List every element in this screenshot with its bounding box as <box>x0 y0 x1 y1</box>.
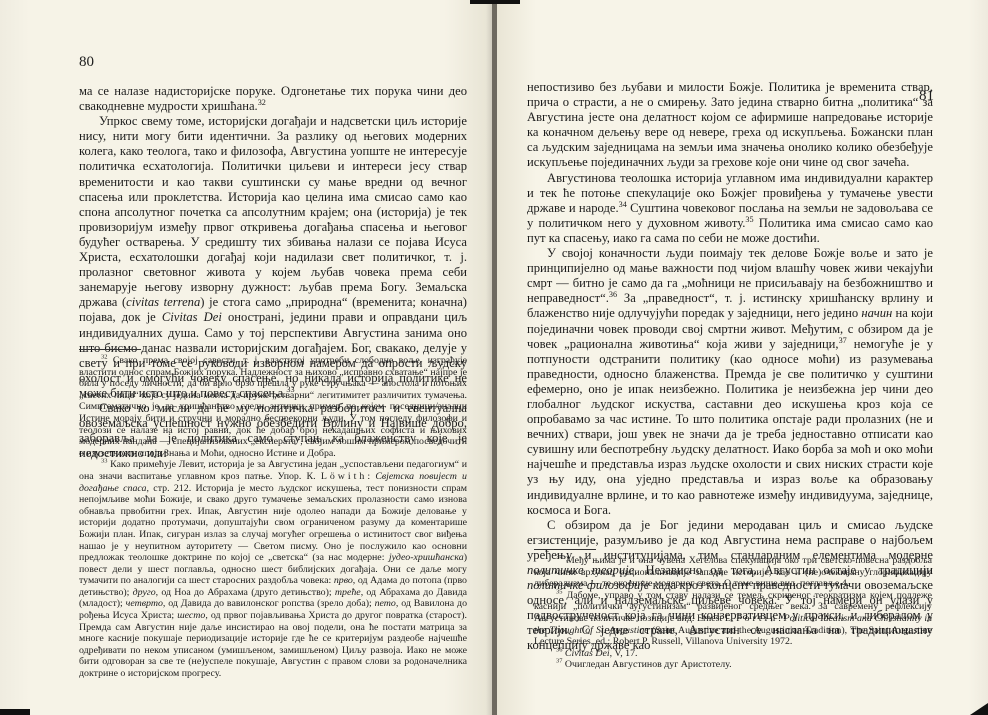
footnotes: 32 Свако према својој савести, т. ј. вла… <box>79 355 467 680</box>
footnote: 35 Дабоме, управо у том ставу налази се … <box>534 590 932 648</box>
left-page: 80 ма се налазе надисторијске поруке. Од… <box>0 0 494 715</box>
paragraph: ма се налазе надисторијске поруке. Одгон… <box>79 84 467 114</box>
footnote: 33 Како примећује Левит, историја је за … <box>79 459 467 679</box>
paragraph: Августинова теолошка историја углавном и… <box>527 171 933 246</box>
footnote: 34 Међу њима је и она чувена Хегелова сп… <box>534 555 932 590</box>
footnote: 36 Civitas Dei, V, 17. <box>534 648 932 660</box>
paragraph: У својој коначности људи поимају тек дел… <box>527 246 933 518</box>
page-number: 81 <box>919 88 934 105</box>
footnote-rule <box>79 349 141 350</box>
page-corner <box>0 709 30 715</box>
footnotes: 34 Међу њима је и она чувена Хегелова сп… <box>534 555 932 671</box>
footnote-rule <box>534 549 596 550</box>
book-top-edge <box>470 0 520 4</box>
paragraph: непостизиво без љубави и милости Божје. … <box>527 80 933 171</box>
footnote-ref: 32 <box>258 98 266 107</box>
right-page: непостизиво без љубави и милости Божје. … <box>497 0 988 715</box>
page-number: 80 <box>79 54 94 71</box>
footnote-ref: 35 <box>745 215 753 224</box>
footnote: 37 Очигледан Августинов дуг Аристотелу. <box>534 659 932 671</box>
footnote-ref: 37 <box>839 335 847 344</box>
footnote-ref: 36 <box>609 290 617 299</box>
page-corner <box>970 703 988 715</box>
footnote-ref: 34 <box>619 200 627 209</box>
footnote: 32 Свако према својој савести, т. ј. вла… <box>79 355 467 459</box>
